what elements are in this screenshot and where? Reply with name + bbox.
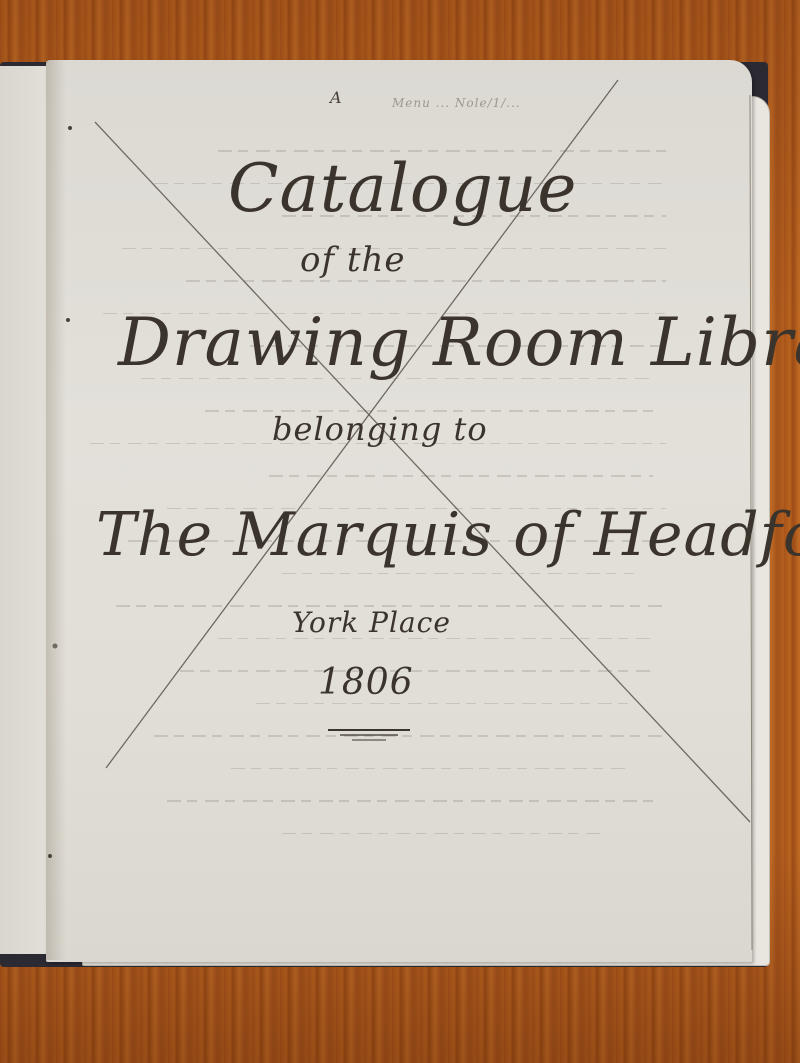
- title-of-the: of the: [300, 240, 406, 280]
- title-year: 1806: [318, 662, 414, 703]
- title-catalogue: Catalogue: [228, 150, 577, 227]
- title-owner: The Marquis of Headfort: [96, 500, 800, 570]
- title-belonging-to: belonging to: [272, 410, 488, 448]
- title-place: York Place: [292, 606, 451, 639]
- pencil-note-prefix: A: [330, 88, 343, 107]
- title-drawing-room-library: Drawing Room Library: [118, 304, 800, 381]
- pencil-note: Menu ... Nole/1/...: [392, 96, 521, 110]
